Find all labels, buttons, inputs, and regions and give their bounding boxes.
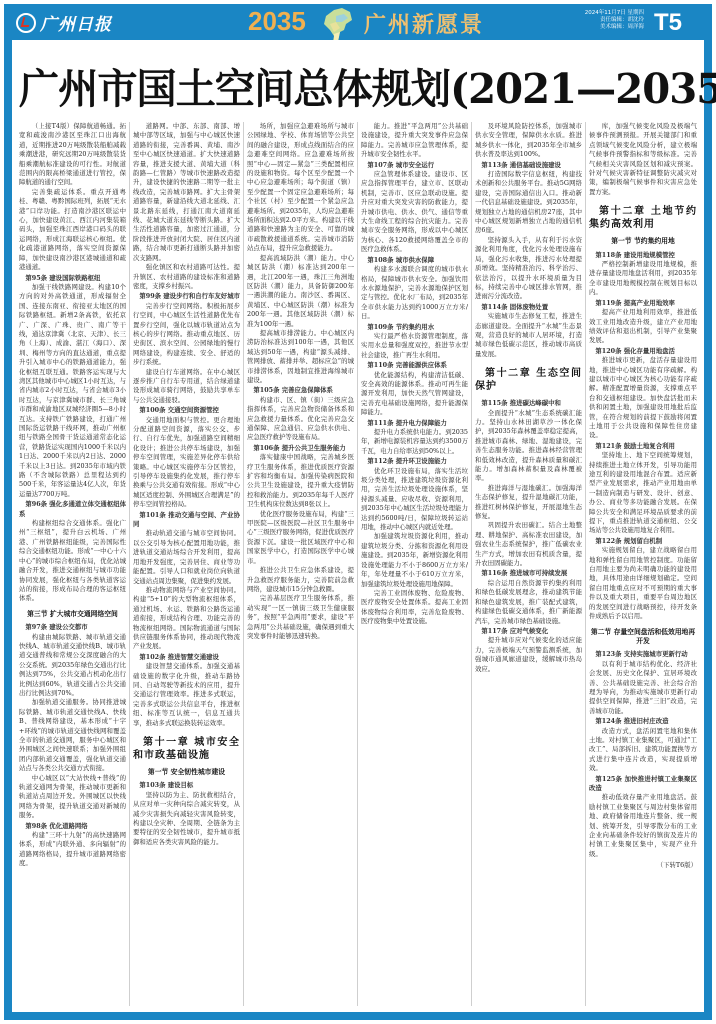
- column-6: 库，加强气候变化风险及极端气候事件预测预报。开展关键部门和重点领域气候变化风险分…: [586, 122, 700, 1006]
- paragraph: 推动低效存量产业用地盘活。鼓励村镇工业集聚区与周边村集体留用地、政府储备用地连片…: [589, 793, 697, 859]
- paragraph: 道路网。中部、东部、南部、增城中部等区域，加强与中心城区快速道路的衔接，完善番禺…: [133, 122, 240, 263]
- date-line: 2024年11月7日 星期四: [574, 10, 644, 17]
- paragraph: 优化环卫设施布局，落实生活垃圾分类处理，推进建筑垃圾资源化利用，完善生活垃圾处理…: [361, 467, 468, 533]
- paragraph: 实施城市生态修复工程，推进生态廊道建设。全面提升“水城”生态景观，营造良好的城市…: [475, 312, 582, 359]
- paragraph: （上接T4版）保障航道畅通。拓宽和疏浚南沙港区至珠江口出海航道，近期推进20万吨…: [19, 122, 126, 188]
- article-heading: 第124条 推进旧村庄改造: [589, 717, 697, 726]
- paragraph: 落实健康中国战略，完善城乡医疗卫生服务体系，推进优质医疗资源扩容和均衡布局。加强…: [247, 453, 354, 509]
- chapter-heading: 第十一章 城市安全和市政基础设施: [133, 736, 240, 762]
- paragraph: 加强轨道交通服务。协同推进城际铁路、城市轨道交通快线A、快线B、普线网络建设，基…: [19, 698, 126, 773]
- date-info: 2024年11月7日 星期四 责任编辑：胡沈玲 美术编辑：周洋海: [574, 10, 644, 31]
- art-editor-line: 美术编辑：周洋海: [574, 24, 644, 31]
- article-heading: 第123条 支持实施城市更新行动: [589, 650, 697, 659]
- paragraph: 构建枢纽综合交通体系。强化广州“三枢纽”，提升白云机场、广州港、广州铁路枢纽能级…: [19, 519, 126, 604]
- paragraph: 中心城区以“大站快线+普线”的轨道交通网为骨架，推动城市更新和轨道站点周边开发。…: [19, 774, 126, 821]
- page-frame: 广州日报 2035 广州新愿景 2024年11月7日 星期四 责任编辑：胡沈玲 …: [4, 4, 712, 1020]
- article-heading: 第122条 规划留白机制: [589, 537, 697, 546]
- paragraph: 交通用地面积与管控。更合理地分配道路空间资源，落实公交、步行、自行车优先，加强道…: [133, 416, 240, 510]
- article-heading: 第115条 推进碳达峰碳中和: [475, 399, 582, 408]
- column-4: 能力。推进“平急两用”公共基础设施建设，提升重大突发事件应急保障能力。完善城市应…: [358, 122, 472, 1006]
- logo-icon: [16, 13, 36, 33]
- paragraph: 构建“三环十九射”的高快速路网体系，形成“内联外通、多向辐射”的道路网络格局，提…: [19, 831, 126, 869]
- paragraph: 完善步行空间网络。积极拓展步行空间，中心城区生活性道路优先布置步行空间，强化以城…: [133, 302, 240, 368]
- paragraph: 推进公共卫生应急体系建设，提升急救医疗服务能力，完善院前急救网络，建设城市15分…: [247, 566, 354, 594]
- article-heading: 第110条 完善能源供应体系: [361, 361, 468, 370]
- paragraph: 构建市、区、镇（街）三级应急指挥体系，完善应急物资储备体系和应急救援力量体系。优…: [247, 396, 354, 443]
- article-heading: 第120条 强化存量用地盘活: [589, 347, 697, 356]
- paragraph: 完善工业固体废物、危险废物、医疗废物安全处置体系。提高工业固体废物综合利用率，完…: [361, 589, 468, 627]
- paragraph: 建设自行车道网络。在中心城区逐步推广自行车专用道，结合绿道建设形成城市骑行网络，…: [133, 368, 240, 406]
- section-heading: 第二节 存量空间盘活和低效用地再开发: [589, 628, 697, 647]
- article-heading: 第119条 提高产业用地效率: [589, 299, 697, 308]
- article-page: 广州市国土空间总体规划(2021—2035年) （上接T4版）保障航道畅通。拓宽…: [12, 40, 704, 1012]
- paragraph: 以有利于城市结构优化、经济社会发展、历史文化保护、宜居环境改善、公共基础设施完善…: [589, 660, 697, 716]
- year-label: 2035: [248, 6, 306, 37]
- paragraph: 改造方式，盘活闲置宅地和集体土地。对村镇工业集聚区，可通过“工改工”、局部拆旧、…: [589, 727, 697, 774]
- logo-text: 广州日报: [40, 15, 112, 35]
- paragraph: 综合运用自然资源节约集约利用和绿色低碳发展理念，推动建筑节能和绿色建筑发展，推广…: [475, 579, 582, 626]
- article-heading: 第118条 建设用地规模管控: [589, 251, 697, 260]
- paragraph: 打造国际数字信息枢纽，构建技术创新和公共服务平台。推动5G网络建设，完善国际通信…: [475, 170, 582, 236]
- chapter-heading: 第十二章 生态空间保护: [475, 367, 582, 393]
- paragraph: 加强建筑垃圾资源化利用，推动建筑垃圾分类、分拣和资源化利用设施建设。到2035年…: [361, 532, 468, 588]
- article-columns: （上接T4版）保障航道畅通。拓宽和疏浚南沙港区至珠江口出海航道，近期推进20万吨…: [16, 122, 700, 1006]
- article-heading: 第116条 推进城市可持续发展: [475, 569, 582, 578]
- paragraph: 坚持源头入手，从有利于污水资源化利用角度，优化污水处理设施布局，强化污水收集，推…: [475, 236, 582, 302]
- article-heading: 第98条 优化道路网络: [19, 822, 126, 831]
- article-heading: 第117条 应对气候变化: [475, 627, 582, 636]
- paragraph: 提升电力系统供电能力。到2035年，新增电源装机容量达到约3500万千瓦，电力自…: [361, 428, 468, 456]
- article-heading: 第101条 推动交通与空间、产业协同: [133, 511, 240, 530]
- paragraph: 推进海洋与湿地碳汇。加强海洋生态保护修复，提升湿地碳汇功能，推进红树林保护修复，…: [475, 484, 582, 522]
- paragraph: 能力。推进“平急两用”公共基础设施建设，提升重大突发事件应急保障能力。完善城市应…: [361, 122, 468, 160]
- article-heading: 第103条 建设目标: [133, 781, 240, 790]
- paragraph: 完善基层医疗卫生服务体系，推动实现“一区一镇街三级卫生健康服务”，按照“平急两用…: [247, 594, 354, 641]
- paragraph: 推进城市更新，盘活存量建设用地，推进中心城区功能有序疏解。构建以城市中心城区为核…: [589, 356, 697, 441]
- paragraph: 完善集疏运体系。重点开通粤桂、粤赣、粤黔国际班列，拓展“无水港”口岸功能。打造南…: [19, 188, 126, 273]
- paragraph: 建设智慧交通体系。加强交通基础设施的数字化升级，推动车路协同、自动驾驶等新技术的…: [133, 662, 240, 728]
- paragraph: 强化镇区和农村道路可达性。提升镇区、农村道路的建设标准和道路密度，支撑乡村振兴。: [133, 263, 240, 291]
- paragraph: 坚持地上、地下空间统筹规划，持续推进土地立体开发，引导功能用途互利的建设用地混合…: [589, 451, 697, 536]
- paragraph: 优化能源结构，构建清洁低碳、安全高效的能源体系。推动可再生能源开发利用，加快天然…: [361, 371, 468, 418]
- paragraph: 提升城市应对气候变化的适应能力，完善极端天气预警监测系统，加强城市通风廊道建设，…: [475, 636, 582, 674]
- paragraph: 实行最严格水资源管理制度，落实用水总量和强度双控，推进节水型社会建设，推广再生水…: [361, 332, 468, 360]
- article-heading: 第107条 城市安全运行: [361, 161, 468, 170]
- column-5: 及环境风险防控体系，加强城市供水安全管理，保障供水水质。推进城乡供水一体化，到2…: [472, 122, 586, 1006]
- masthead: 广州日报 2035 广州新愿景 2024年11月7日 星期四 责任编辑：胡沈玲 …: [4, 4, 712, 40]
- section-heading: 第一节 节约集约用地: [589, 237, 697, 246]
- headline: 广州市国土空间总体规划(2021—2035年): [19, 56, 697, 115]
- paragraph: 构建由城际铁路、城市轨道交通快线A、城市轨道交通快线B、城市轨道交通普线和常规公…: [19, 633, 126, 699]
- article-heading: 第113条 通信基础设施建设: [475, 161, 582, 170]
- chapter-heading: 第十二章 土地节约集约高效利用: [589, 205, 697, 231]
- article-heading: 第102条 推进智慧交通建设: [133, 653, 240, 662]
- section-heading: 第三节 扩大城市交通网络空间: [19, 610, 126, 619]
- article-heading: 第95条 建设国际铁路枢纽: [19, 274, 126, 283]
- column-3: 场所，加强应急避难场所与城市公园绿地、学校、体育场馆等公共空间的融合建设，形成点…: [244, 122, 358, 1006]
- article-heading: 第100条 交通空间资源管控: [133, 406, 240, 415]
- paragraph: 提高流域防洪（潮）能力。中心城区防洪（潮）标准达到200年一遇，北江200年一遇…: [247, 254, 354, 329]
- paragraph: 提高城市排涝能力。中心城区内涝防治标准达到100年一遇，其他区域达到50年一遇，…: [247, 329, 354, 385]
- paragraph: 应急管理体系建设。建设市、区应急指挥管理平台，建立市、区联动机制，完善市、区应急…: [361, 170, 468, 255]
- article-heading: 第97条 建设公交都市: [19, 623, 126, 632]
- article-heading: 第109条 节约集约用水: [361, 323, 468, 332]
- editor-line: 责任编辑：胡沈玲: [574, 17, 644, 24]
- paragraph: 全面提升“水城”生态系统碳汇能力。坚持山水林田湖草沙一体化保护，到2035年森林…: [475, 409, 582, 484]
- paragraph: 加强干线铁路网建设。构建10个方向的对外高铁通道，形成辐射全国、连接东南亚、衔接…: [19, 283, 126, 499]
- paragraph: 提高产业用地利用效率，推进低效工业用地改造升级，建立产业用地绩效评估和退出机制，…: [589, 308, 697, 346]
- continued-note: （下转T6版）: [589, 861, 697, 870]
- paragraph: 推动物流网络与产业空间协同。构建“5+10”的大型物流枢纽体系，通过机场、水运、…: [133, 586, 240, 652]
- article-heading: 第99条 建设步行和自行车友好城市: [133, 292, 240, 301]
- article-heading: 第96条 强化多通道立体交通枢纽体系: [19, 500, 126, 519]
- article-heading: 第121条 鼓励土地复合利用: [589, 442, 697, 451]
- newspaper-logo: 广州日报: [16, 10, 112, 35]
- paragraph: 构建多水源联合调度的城市供水格局，保障城市供水安全。加强饮用水水源地保护，完善水…: [361, 265, 468, 321]
- article-heading: 第105条 完善应急保障体系: [247, 386, 354, 395]
- paragraph: 推动轨道交通与城市空间协同。以公交引导为核心配置用地功能，推进轨道交通站场综合开…: [133, 529, 240, 585]
- slogan: 广州新愿景: [364, 8, 484, 39]
- paragraph: 及环境风险防控体系，加强城市供水安全管理，保障供水水质。推进城乡供水一体化，到2…: [475, 122, 582, 160]
- article-heading: 第112条 提升环卫设施能力: [361, 457, 468, 466]
- article-heading: 第106条 提升公共卫生服务能力: [247, 444, 354, 453]
- paragraph: 优化医疗服务设施布局，构建“三甲医院—区级医院—社区卫生服务中心”三级医疗服务网…: [247, 510, 354, 566]
- column-1: （上接T4版）保障航道畅通。拓宽和疏浚南沙港区至珠江口出海航道，近期推进20万吨…: [16, 122, 130, 1006]
- paragraph: 实施规划留白，建立战略留白用地和弹性留白用地管控制度。功能留白用地主要为尚未明确…: [589, 546, 697, 621]
- paragraph: 坚持以防为主、防抗救相结合，从应对单一灾种向综合减灾转变，从减少灾害损失向减轻灾…: [133, 791, 240, 847]
- column-2: 道路网。中部、东部、南部、增城中部等区域，加强与中心城区快速道路的衔接，完善番禺…: [130, 122, 244, 1006]
- article-heading: 第111条 提升电力保障能力: [361, 419, 468, 428]
- paragraph: 场所，加强应急避难场所与城市公园绿地、学校、体育场馆等公共空间的融合建设，形成点…: [247, 122, 354, 254]
- paragraph: 严格控制新增建设用地规模，推进存量建设用地盘活利用，到2035年全市建设用地规模…: [589, 260, 697, 298]
- paragraph: 巩固提升农田碳汇。结合土地整理、耕地保护、高标准农田建设，加强农业生态系统保护，…: [475, 521, 582, 568]
- article-heading: 第114条 固体废物处置: [475, 303, 582, 312]
- section-heading: 第一节 安全韧性城市建设: [133, 768, 240, 777]
- page-number: T5: [654, 9, 682, 37]
- article-heading: 第108条 城市供水保障: [361, 256, 468, 265]
- paragraph: 库，加强气候变化风险及极端气候事件预测预报。开展关键部门和重点领域气候变化风险分…: [589, 122, 697, 197]
- article-heading: 第125条 加快推进村镇工业集聚区改造: [589, 775, 697, 794]
